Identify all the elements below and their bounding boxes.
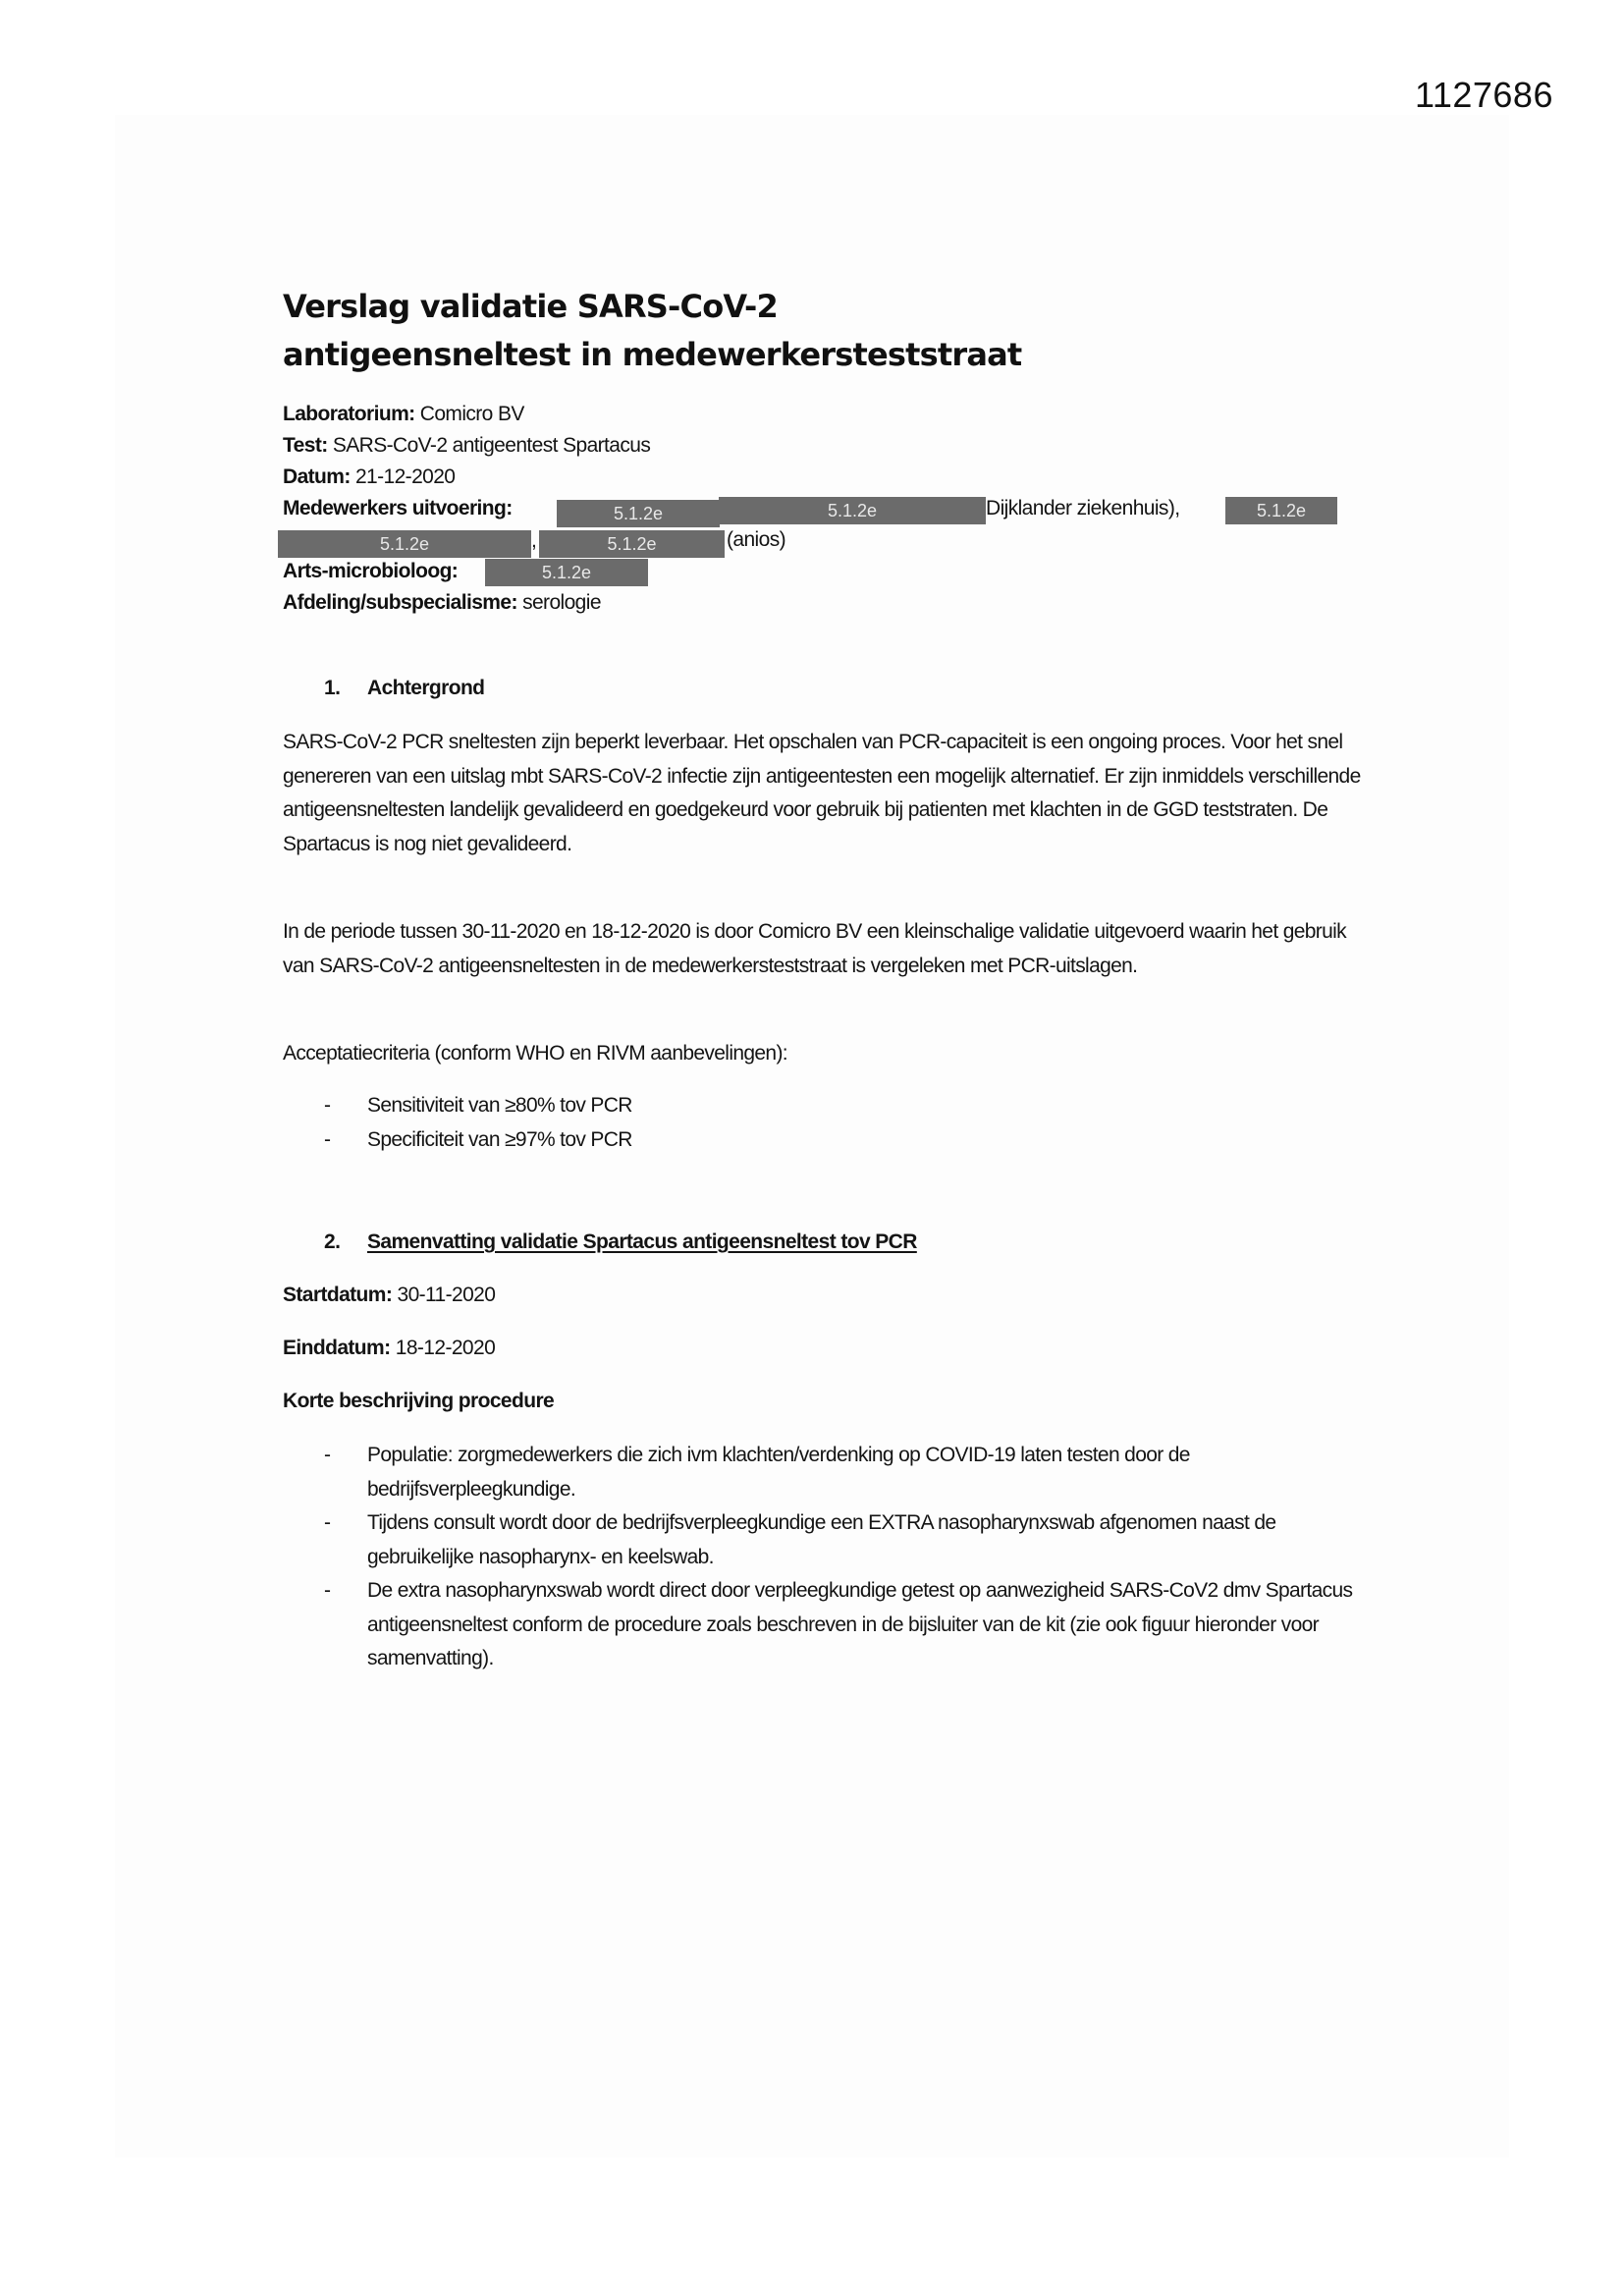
startdatum-line: Startdatum: 30-11-2020 (283, 1281, 495, 1310)
document-title: Verslag validatie SARS-CoV-2 antigeensne… (283, 283, 1068, 379)
procedure-text: De extra nasopharynxswab wordt direct do… (367, 1579, 1352, 1669)
section-1-heading: 1.Achtergrond (324, 674, 484, 703)
criteria-item: -Sensitiviteit van ≥80% tov PCR (283, 1089, 1363, 1123)
bullet-dash: - (324, 1089, 330, 1123)
meta-laboratorium: Laboratorium: Comicro BV (283, 399, 524, 430)
procedure-item: -Populatie: zorgmedewerkers die zich ivm… (283, 1439, 1363, 1506)
section-2-title: Samenvatting validatie Spartacus antigee… (367, 1230, 917, 1253)
redaction-box: 5.1.2e (278, 530, 531, 558)
section-1-number: 1. (324, 674, 367, 703)
meta-test: Test: SARS-CoV-2 antigeentest Spartacus (283, 430, 650, 462)
section-2-heading: 2.Samenvatting validatie Spartacus antig… (324, 1228, 917, 1257)
redaction-box: 5.1.2e (485, 559, 648, 586)
medewerkers-hospital: Dijklander ziekenhuis), (986, 493, 1179, 524)
redaction-box: 5.1.2e (1225, 497, 1337, 524)
procedure-item: -Tijdens consult wordt door de bedrijfsv… (283, 1506, 1363, 1574)
meta-medewerkers: Medewerkers uitvoering: (283, 493, 513, 524)
einddatum-value: 18-12-2020 (391, 1337, 496, 1359)
datum-label: Datum: (283, 465, 351, 488)
medewerkers-separator: , (531, 525, 536, 557)
medewerkers-suffix: (anios) (727, 524, 785, 556)
arts-label: Arts-microbioloog: (283, 560, 458, 582)
section-1-paragraph-2: In de periode tussen 30-11-2020 en 18-12… (283, 915, 1363, 983)
startdatum-label: Startdatum: (283, 1284, 392, 1306)
redaction-box: 5.1.2e (539, 530, 725, 558)
einddatum-line: Einddatum: 18-12-2020 (283, 1334, 495, 1363)
bullet-dash: - (324, 1574, 330, 1609)
startdatum-value: 30-11-2020 (392, 1284, 495, 1306)
redaction-box: 5.1.2e (557, 500, 720, 527)
document-number: 1127686 (1415, 75, 1553, 116)
section-2-number: 2. (324, 1228, 367, 1257)
bullet-dash: - (324, 1439, 330, 1473)
laboratorium-value: Comicro BV (415, 403, 524, 425)
einddatum-label: Einddatum: (283, 1337, 391, 1359)
meta-afdeling: Afdeling/subspecialisme: serologie (283, 587, 601, 619)
procedure-list: -Populatie: zorgmedewerkers die zich ivm… (283, 1439, 1363, 1676)
bullet-dash: - (324, 1506, 330, 1541)
section-1-paragraph-1: SARS-CoV-2 PCR sneltesten zijn beperkt l… (283, 726, 1363, 861)
bullet-dash: - (324, 1123, 330, 1158)
procedure-item: -De extra nasopharynxswab wordt direct d… (283, 1574, 1363, 1676)
acceptance-criteria-list: -Sensitiviteit van ≥80% tov PCR -Specifi… (283, 1089, 1363, 1157)
redaction-box: 5.1.2e (719, 497, 986, 524)
afdeling-label: Afdeling/subspecialisme: (283, 591, 517, 614)
procedure-text: Populatie: zorgmedewerkers die zich ivm … (367, 1444, 1190, 1501)
procedure-text: Tijdens consult wordt door de bedrijfsve… (367, 1511, 1275, 1568)
test-label: Test: (283, 434, 328, 457)
meta-arts: Arts-microbioloog: (283, 556, 458, 587)
criteria-text: Specificiteit van ≥97% tov PCR (367, 1128, 632, 1151)
meta-datum: Datum: 21-12-2020 (283, 462, 455, 493)
laboratorium-label: Laboratorium: (283, 403, 415, 425)
criteria-text: Sensitiviteit van ≥80% tov PCR (367, 1094, 632, 1117)
procedure-heading-text: Korte beschrijving procedure (283, 1390, 554, 1412)
afdeling-value: serologie (517, 591, 601, 614)
datum-value: 21-12-2020 (351, 465, 456, 488)
test-value: SARS-CoV-2 antigeentest Spartacus (328, 434, 651, 457)
procedure-heading: Korte beschrijving procedure (283, 1387, 554, 1416)
criteria-item: -Specificiteit van ≥97% tov PCR (283, 1123, 1363, 1158)
medewerkers-label: Medewerkers uitvoering: (283, 497, 513, 519)
section-1-title: Achtergrond (367, 677, 484, 699)
section-1-paragraph-3: Acceptatiecriteria (conform WHO en RIVM … (283, 1037, 1363, 1071)
